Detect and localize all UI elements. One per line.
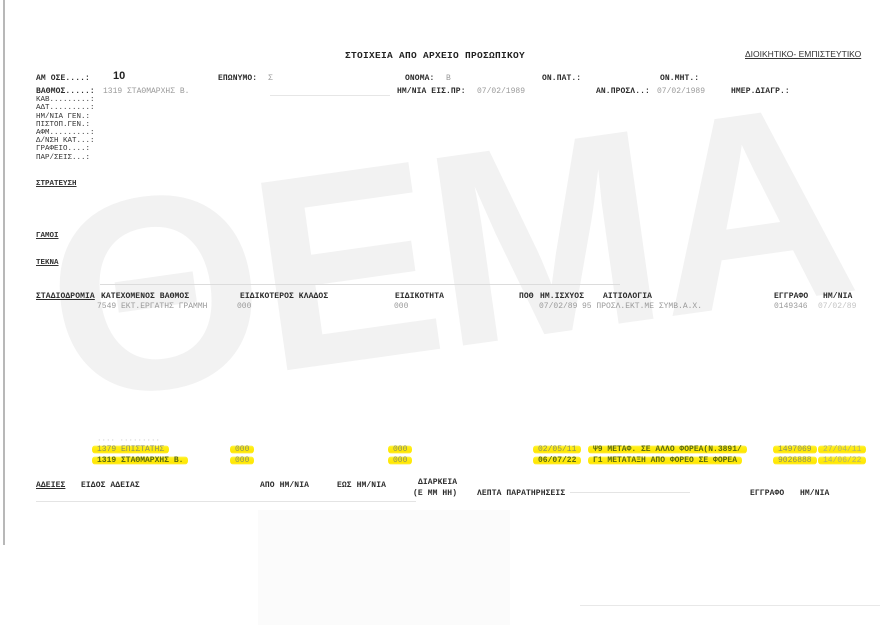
cell-reason: 95 ΠΡΟΣΛ.ΕΚΤ.ΜΕ ΣΥΜΒ.Α.Χ. <box>582 302 702 311</box>
leave-section-label: ΑΔΕΙΕΣ <box>36 481 65 490</box>
cell-date: 07/02/89 <box>818 302 856 311</box>
field-office: ΓΡΑΦΕΙΟ....: <box>36 145 95 153</box>
cell-date: 14/06/22 <box>818 456 866 465</box>
onoma-label: ΟΝΟΜΑ: <box>405 74 434 83</box>
divider <box>36 501 416 502</box>
col-effective: ΗΜ.ΙΣΧΥΟΣ <box>540 292 584 301</box>
field-afm: ΑΦΜ.........: <box>36 129 95 137</box>
divider <box>580 605 880 606</box>
section-marriages: ΓΑΜΟΙ <box>36 232 59 240</box>
cell-effective: 06/07/22 <box>533 456 581 465</box>
col-leave-duration: ΔΙΑΡΚΕΙΑ <box>418 478 457 487</box>
cell-branch: 000 <box>230 456 254 465</box>
am-value: 10 <box>113 70 125 82</box>
vathmos-value: 1319 ΣΤΑΘΜΑΡΧΗΣ Β. <box>103 87 189 96</box>
cell-grade: 1319 ΣΤΑΘΜΑΡΧΗΣ Β. <box>92 456 188 465</box>
col-leave-notes: ΛΕΠΤΑ ΠΑΡΑΤΗΡΗΣΕΙΣ <box>477 489 565 498</box>
cell-document: 0149346 <box>774 302 808 311</box>
section-children: ΤΕΚΝΑ <box>36 259 59 267</box>
col-date: ΗΜ/ΝΙΑ <box>823 292 852 301</box>
col-reason: ΑΙΤΙΟΛΟΓΙΑ <box>603 292 652 301</box>
on-mht-label: ΟΝ.ΜΗΤ.: <box>660 74 699 83</box>
section-military-service: ΣΤΡΑΤΕΥΣΗ <box>36 180 77 188</box>
field-adt: ΑΔΤ.........: <box>36 104 95 112</box>
field-birth-date: ΗΜ/ΝΙΑ ΓΕΝ.: <box>36 113 95 121</box>
cell-document: 9026888 <box>773 456 817 465</box>
hm-eis-value: 07/02/1989 <box>477 87 525 96</box>
col-leave-date: ΗΜ/ΝΙΑ <box>800 489 829 498</box>
cell-date: 27/04/11 <box>818 445 866 454</box>
col-specialty: ΕΙΔΙΚΟΤΗΤΑ <box>395 292 444 301</box>
cell-grade: 1379 ΕΠΙΣΤΑΤΗΣ <box>92 445 169 454</box>
cell-grade: 7549 ΕΚΤ.ΕΡΓΑΤΗΣ ΓΡΑΜΜΗ <box>97 302 207 311</box>
field-remarks: ΠΑΡ/ΣΕΙΣ...: <box>36 154 95 162</box>
eponymo-value: Σ <box>268 74 273 83</box>
divider <box>270 95 390 96</box>
an-prosl-value: 07/02/1989 <box>657 87 705 96</box>
field-address: Δ/ΝΣΗ ΚΑΤ...: <box>36 137 95 145</box>
hmer-diagr-label: ΗΜΕΡ.ΔΙΑΓΡ.: <box>731 87 790 96</box>
classification-label: ΔΙΟΙΚΗΤΙΚΟ- ΕΜΠΙΣΤΕΥΤΙΚΟ <box>745 49 861 59</box>
divider <box>100 284 620 285</box>
eponymo-label: ΕΠΩΝΥΜΟ: <box>218 74 257 83</box>
watermark: ΘΕΜΑ <box>30 47 880 452</box>
cell-reason: Γ1 ΜΕΤΑΤΑΞΗ ΑΠΟ ΦΟΡΕΟ ΣΕ ΦΟΡΕΑ <box>588 456 742 465</box>
hm-eis-label: ΗΜ/ΝΙΑ ΕΙΣ.ΠΡ: <box>397 87 466 96</box>
cell-effective: 02/05/11 <box>533 445 581 454</box>
col-code: ΠΟΘ <box>519 292 534 301</box>
cell-branch: 000 <box>237 302 251 311</box>
cell-document: 1497069 <box>773 445 817 454</box>
field-birth-cert: ΠΙΣΤΟΠ.ΓΕΝ.: <box>36 121 95 129</box>
am-label: ΑΜ ΟΣΕ....: <box>36 74 90 83</box>
cell-specialty: 000 <box>388 456 412 465</box>
col-grade: ΚΑΤΕΧΟΜΕΝΟΣ ΒΑΘΜΟΣ <box>101 292 189 301</box>
faint-row: ···· ········· <box>97 437 160 445</box>
an-prosl-label: ΑΝ.ΠΡΟΣΛ..: <box>596 87 650 96</box>
col-branch: ΕΙΔΙΚΟΤΕΡΟΣ ΚΛΑΔΟΣ <box>240 292 328 301</box>
cell-specialty: 000 <box>388 445 412 454</box>
document-title: ΣΤΟΙΧΕΙΑ ΑΠΟ ΑΡΧΕΙΟ ΠΡΟΣΩΠΙΚΟΥ <box>345 50 525 61</box>
col-leave-type: ΕΙΔΟΣ ΑΔΕΙΑΣ <box>81 481 140 490</box>
cell-effective: 07/02/89 <box>539 302 577 311</box>
cell-reason: Ψ9 ΜΕΤΑΦ. ΣΕ ΑΛΛΟ ΦΟΡΕΑ(Ν.3891/ <box>588 445 747 454</box>
personal-fields: ΚΑΒ.........: ΑΔΤ.........: ΗΜ/ΝΙΑ ΓΕΝ.:… <box>36 88 95 162</box>
col-leave-document: ΕΓΓΡΑΦΟ <box>750 489 784 498</box>
career-section-label: ΣΤΑΔΙΟΔΡΟΜΙΑ <box>36 292 95 301</box>
col-leave-to: ΕΩΣ ΗΜ/ΝΙΑ <box>337 481 386 490</box>
col-document: ΕΓΓΡΑΦΟ <box>774 292 808 301</box>
on-pat-label: ΟΝ.ΠΑΤ.: <box>542 74 581 83</box>
cell-branch: 000 <box>230 445 254 454</box>
scan-artifact <box>258 510 510 625</box>
col-leave-duration-units: (Ε ΜΜ ΗΗ) <box>413 489 457 498</box>
onoma-value: Β <box>446 74 451 83</box>
page-edge <box>3 0 5 545</box>
field-kav: ΚΑΒ.........: <box>36 96 95 104</box>
cell-specialty: 000 <box>394 302 408 311</box>
divider <box>570 492 690 493</box>
col-leave-from: ΑΠΟ ΗΜ/ΝΙΑ <box>260 481 309 490</box>
